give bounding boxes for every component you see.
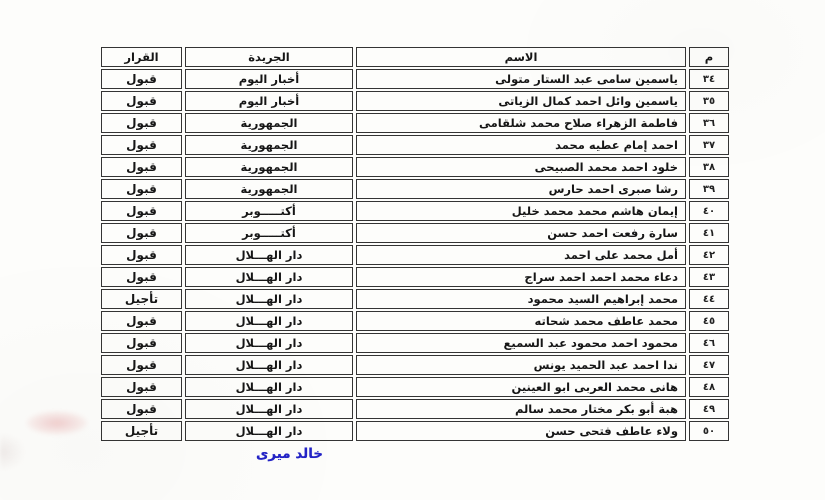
row-number-cell: ٥٠ [689,421,729,441]
newspaper-cell: الجمهورية [185,113,353,133]
name-cell: ياسمين وائل احمد كمال الزياتى [356,91,686,111]
newspaper-cell: دار الهـــلال [185,399,353,419]
newspaper-cell: دار الهـــلال [185,245,353,265]
row-number-cell: ٣٦ [689,113,729,133]
name-cell: محمد إبراهيم السيد محمود [356,289,686,309]
decision-cell: تأجيل [101,289,182,309]
table-row: ٤٨هانى محمد العربى ابو العينيندار الهـــ… [101,377,729,397]
table-row: ٣٤ياسمين سامى عبد الستار متولىأخبار اليو… [101,69,729,89]
header-decision: القرار [101,47,182,67]
table-row: ٤٥محمد عاطف محمد شحاتهدار الهـــلالقبول [101,311,729,331]
row-number-cell: ٤٠ [689,201,729,221]
name-cell: محمد عاطف محمد شحاته [356,311,686,331]
decision-cell: قبول [101,223,182,243]
table-row: ٤٣دعاء محمد احمد احمد سراجدار الهـــلالق… [101,267,729,287]
name-cell: ندا احمد عبد الحميد يونس [356,355,686,375]
row-number-cell: ٤٧ [689,355,729,375]
decision-cell: قبول [101,355,182,375]
table-row: ٣٦فاطمة الزهراء صلاح محمد شلقامىالجمهوري… [101,113,729,133]
table-body: ٣٤ياسمين سامى عبد الستار متولىأخبار اليو… [101,69,729,441]
row-number-cell: ٤٢ [689,245,729,265]
decision-cell: قبول [101,267,182,287]
row-number-cell: ٣٥ [689,91,729,111]
decision-cell: قبول [101,311,182,331]
table-row: ٣٥ياسمين وائل احمد كمال الزياتىأخبار الي… [101,91,729,111]
decision-cell: قبول [101,91,182,111]
header-newspaper: الجريدة [185,47,353,67]
name-cell: هانى محمد العربى ابو العينين [356,377,686,397]
table-row: ٣٩رشا صبرى احمد حارسالجمهوريةقبول [101,179,729,199]
row-number-cell: ٤٨ [689,377,729,397]
newspaper-cell: دار الهـــلال [185,421,353,441]
name-cell: فاطمة الزهراء صلاح محمد شلقامى [356,113,686,133]
scan-smudge [26,411,88,435]
row-number-cell: ٤٥ [689,311,729,331]
decision-cell: قبول [101,245,182,265]
name-cell: أمل محمد على احمد [356,245,686,265]
newspaper-cell: دار الهـــلال [185,333,353,353]
newspaper-cell: دار الهـــلال [185,377,353,397]
decision-cell: قبول [101,113,182,133]
newspaper-cell: أكتـــــوبر [185,201,353,221]
table-row: ٤٠إيمان هاشم محمد محمد خليلأكتـــــوبرقب… [101,201,729,221]
name-cell: احمد إمام عطيه محمد [356,135,686,155]
name-cell: ياسمين سامى عبد الستار متولى [356,69,686,89]
table-row: ٣٧احمد إمام عطيه محمدالجمهوريةقبول [101,135,729,155]
row-number-cell: ٣٧ [689,135,729,155]
table-row: ٤٤محمد إبراهيم السيد محموددار الهـــلالت… [101,289,729,309]
decision-cell: قبول [101,333,182,353]
row-number-cell: ٣٤ [689,69,729,89]
decision-cell: تأجيل [101,421,182,441]
row-number-cell: ٤٦ [689,333,729,353]
row-number-cell: ٤٣ [689,267,729,287]
decision-cell: قبول [101,69,182,89]
table-row: ٤١سارة رفعت احمد حسنأكتـــــوبرقبول [101,223,729,243]
acceptance-roster-table: م الاسم الجريدة القرار ٣٤ياسمين سامى عبد… [98,45,732,443]
row-number-cell: ٣٩ [689,179,729,199]
newspaper-cell: دار الهـــلال [185,355,353,375]
name-cell: خلود احمد محمد الصبيحى [356,157,686,177]
scan-edge-artifact [0,432,26,472]
table-row: ٤٢أمل محمد على احمددار الهـــلالقبول [101,245,729,265]
newspaper-cell: الجمهورية [185,157,353,177]
decision-cell: قبول [101,135,182,155]
table-row: ٤٦محمود احمد محمود عبد السميعدار الهـــل… [101,333,729,353]
name-cell: هبة أبو بكر مختار محمد سالم [356,399,686,419]
table-row: ٥٠ولاء عاطف فتحى حسندار الهـــلالتأجيل [101,421,729,441]
decision-cell: قبول [101,157,182,177]
table-row: ٤٩هبة أبو بكر مختار محمد سالمدار الهـــل… [101,399,729,419]
newspaper-cell: الجمهورية [185,179,353,199]
name-cell: ولاء عاطف فتحى حسن [356,421,686,441]
decision-cell: قبول [101,377,182,397]
decision-cell: قبول [101,179,182,199]
name-cell: رشا صبرى احمد حارس [356,179,686,199]
row-number-cell: ٣٨ [689,157,729,177]
newspaper-cell: الجمهورية [185,135,353,155]
table-header-row: م الاسم الجريدة القرار [101,47,729,67]
newspaper-cell: دار الهـــلال [185,311,353,331]
name-cell: إيمان هاشم محمد محمد خليل [356,201,686,221]
table-row: ٣٨خلود احمد محمد الصبيحىالجمهوريةقبول [101,157,729,177]
newspaper-cell: أكتـــــوبر [185,223,353,243]
row-number-cell: ٤٩ [689,399,729,419]
newspaper-cell: دار الهـــلال [185,267,353,287]
name-cell: محمود احمد محمود عبد السميع [356,333,686,353]
header-name: الاسم [356,47,686,67]
signature-text: خالد ميرى [256,446,323,462]
header-number: م [689,47,729,67]
name-cell: سارة رفعت احمد حسن [356,223,686,243]
row-number-cell: ٤٤ [689,289,729,309]
newspaper-cell: دار الهـــلال [185,289,353,309]
decision-cell: قبول [101,201,182,221]
row-number-cell: ٤١ [689,223,729,243]
decision-cell: قبول [101,399,182,419]
newspaper-cell: أخبار اليوم [185,69,353,89]
name-cell: دعاء محمد احمد احمد سراج [356,267,686,287]
scanned-document-page: م الاسم الجريدة القرار ٣٤ياسمين سامى عبد… [0,0,825,500]
newspaper-cell: أخبار اليوم [185,91,353,111]
table-row: ٤٧ندا احمد عبد الحميد يونسدار الهـــلالق… [101,355,729,375]
